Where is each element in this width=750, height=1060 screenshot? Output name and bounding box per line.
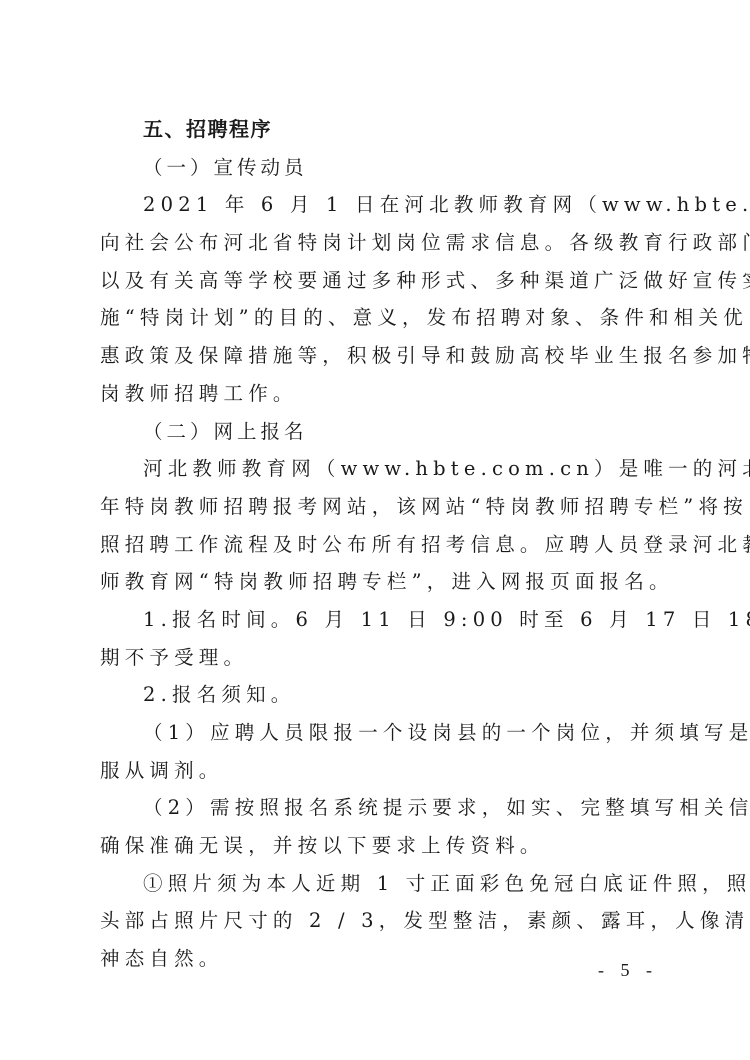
- text-line: 河北教师教育网（www.hbte.com.cn）是唯一的河北省 2021: [100, 450, 648, 488]
- document-body: 五、招聘程序 （一）宣传动员 2021 年 6 月 1 日在河北教师教育网（ww…: [100, 111, 648, 978]
- text-line: 服从调剂。: [100, 752, 648, 790]
- document-page: 五、招聘程序 （一）宣传动员 2021 年 6 月 1 日在河北教师教育网（ww…: [0, 0, 750, 1060]
- paragraph-publicity: 2021 年 6 月 1 日在河北教师教育网（www.hbte.com.cn） …: [100, 186, 648, 412]
- text-line: 施“特岗计划”的目的、意义，发布招聘对象、条件和相关优: [100, 299, 648, 337]
- text-line: 岗教师招聘工作。: [100, 375, 648, 413]
- text-line: 惠政策及保障措施等，积极引导和鼓励高校毕业生报名参加特: [100, 337, 648, 375]
- paragraph-notice-2: （2）需按照报名系统提示要求，如实、完整填写相关信息， 确保准确无误，并按以下要…: [100, 789, 648, 864]
- paragraph-registration-time: 1.报名时间。6 月 11 日 9:00 时至 6 月 17 日 18:00 时…: [100, 601, 648, 676]
- text-line: 以及有关高等学校要通过多种形式、多种渠道广泛做好宣传实: [100, 262, 648, 300]
- paragraph-registration-notice: 2.报名须知。: [100, 676, 648, 714]
- subsection-heading-online-registration: （二）网上报名: [100, 413, 648, 451]
- text-line: 照招聘工作流程及时公布所有招考信息。应聘人员登录河北教: [100, 526, 648, 564]
- text-line: 年特岗教师招聘报考网站，该网站“特岗教师招聘专栏”将按: [100, 488, 648, 526]
- text-line: 向社会公布河北省特岗计划岗位需求信息。各级教育行政部门: [100, 224, 648, 262]
- text-line: 确保准确无误，并按以下要求上传资料。: [100, 827, 648, 865]
- subsection-heading-publicity: （一）宣传动员: [100, 149, 648, 187]
- text-line: 头部占照片尺寸的 2 / 3，发型整洁，素颜、露耳，人像清晰，: [100, 902, 648, 940]
- text-line: 2.报名须知。: [100, 676, 648, 714]
- paragraph-website: 河北教师教育网（www.hbte.com.cn）是唯一的河北省 2021 年特岗…: [100, 450, 648, 601]
- text-line: 师教育网“特岗教师招聘专栏”，进入网报页面报名。: [100, 563, 648, 601]
- paragraph-photo-requirement: ①照片须为本人近期 1 寸正面彩色免冠白底证件照，照片 头部占照片尺寸的 2 /…: [100, 865, 648, 978]
- text-line: 2021 年 6 月 1 日在河北教师教育网（www.hbte.com.cn）: [100, 186, 648, 224]
- text-line: 神态自然。: [100, 940, 648, 978]
- text-line: ①照片须为本人近期 1 寸正面彩色免冠白底证件照，照片: [100, 865, 648, 903]
- section-heading: 五、招聘程序: [100, 111, 648, 149]
- text-line: 期不予受理。: [100, 639, 648, 677]
- text-line: （1）应聘人员限报一个设岗县的一个岗位，并须填写是否: [100, 714, 648, 752]
- page-number: - 5 -: [598, 960, 658, 981]
- text-line: （2）需按照报名系统提示要求，如实、完整填写相关信息，: [100, 789, 648, 827]
- text-line: 1.报名时间。6 月 11 日 9:00 时至 6 月 17 日 18:00 时…: [100, 601, 648, 639]
- paragraph-notice-1: （1）应聘人员限报一个设岗县的一个岗位，并须填写是否 服从调剂。: [100, 714, 648, 789]
